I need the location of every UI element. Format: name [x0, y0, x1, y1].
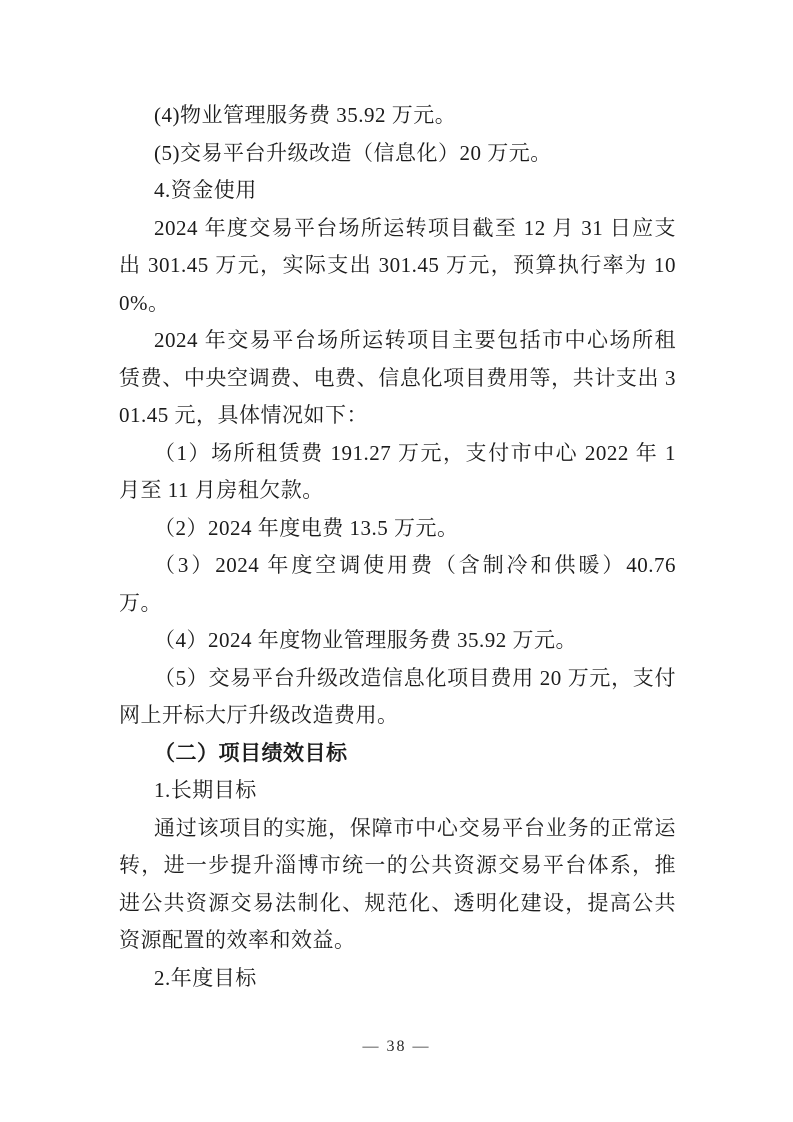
paragraph-budget-execution: 2024 年度交易平台场所运转项目截至 12 月 31 日应支出 301.45 … — [119, 210, 676, 323]
section-heading-performance-goals: （二）项目绩效目标 — [119, 735, 676, 773]
paragraph-detail-5-informatization: （5）交易平台升级改造信息化项目费用 20 万元，支付网上开标大厅升级改造费用。 — [119, 660, 676, 735]
paragraph-long-term-goal-body: 通过该项目的实施，保障市中心交易平台业务的正常运转，进一步提升淄博市统一的公共资… — [119, 810, 676, 960]
paragraph-item-4-property-fee: (4)物业管理服务费 35.92 万元。 — [119, 97, 676, 135]
document-body: (4)物业管理服务费 35.92 万元。 (5)交易平台升级改造（信息化）20 … — [119, 97, 676, 997]
paragraph-heading-funds-usage: 4.资金使用 — [119, 172, 676, 210]
document-page: (4)物业管理服务费 35.92 万元。 (5)交易平台升级改造（信息化）20 … — [0, 0, 793, 1122]
paragraph-heading-annual-goal: 2.年度目标 — [119, 960, 676, 998]
paragraph-detail-2-electricity: （2）2024 年度电费 13.5 万元。 — [119, 510, 676, 548]
paragraph-detail-1-rent: （1）场所租赁费 191.27 万元，支付市中心 2022 年 1 月至 11 … — [119, 435, 676, 510]
paragraph-heading-long-term-goal: 1.长期目标 — [119, 772, 676, 810]
page-number: — 38 — — [0, 1038, 793, 1056]
paragraph-expense-overview: 2024 年交易平台场所运转项目主要包括市中心场所租赁费、中央空调费、电费、信息… — [119, 322, 676, 435]
paragraph-detail-3-aircon: （3）2024 年度空调使用费（含制冷和供暖）40.76 万。 — [119, 547, 676, 622]
paragraph-detail-4-property: （4）2024 年度物业管理服务费 35.92 万元。 — [119, 622, 676, 660]
paragraph-item-5-platform-upgrade: (5)交易平台升级改造（信息化）20 万元。 — [119, 135, 676, 173]
